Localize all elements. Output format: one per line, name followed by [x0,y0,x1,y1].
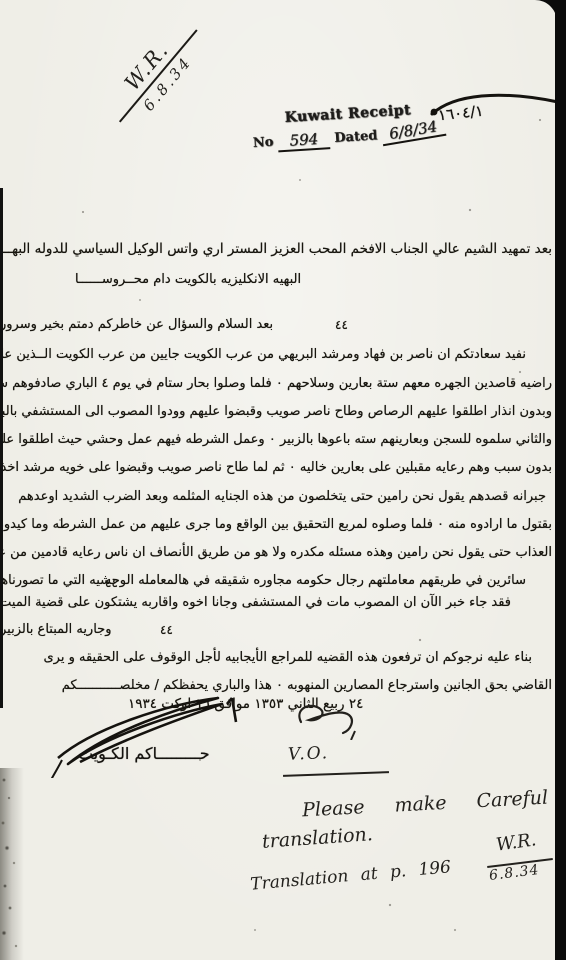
arabic-line-8: بدون سبب وهم رعايه مقبلين على بعارين خال… [0,460,552,475]
vo-initials: V.O. [288,743,330,764]
arabic-line-7: والثاني سلموه للسجن وبعارينهم سته باعوها… [0,432,552,447]
arabic-line-3: بعد السلام والسؤال عن خاطركم دمتم بخير و… [0,317,273,332]
arabic-line-12: سائرين في طريقهم معاملتهم رجال حكومه مجا… [0,573,526,588]
vo-underline [283,771,389,777]
note-translation-ref: Translation at p. 196 [250,857,452,894]
scan-edge-right [555,0,566,960]
arabic-line-9: جبرانه قصدهم يقول نحن رامين حتى يتخلصون … [18,489,546,504]
paragraph-mark: ٤٤ [105,576,118,590]
top-left-annotation: W.R. 6.8.34 [99,13,213,136]
arabic-line-11: العذاب حتى يقول نحن رامين وهذه مسئله مكد… [0,545,552,560]
right-initials: W.R. [495,829,538,855]
ruler-of-kuwait-title: حـــــــــاكم الكـويت [78,744,210,763]
paragraph-mark: ٤٤ [335,318,348,332]
note-please-make: Please make Careful [302,787,549,822]
arabic-line-13: فقد جاء خبر الآن ان المصوب مات في المستش… [0,595,511,610]
note-translation: translation. [261,823,373,853]
arabic-line-5: راضيه قاصدين الجهره معهم ستة بعارين وسلا… [0,376,552,391]
paragraph-mark: ٤٤ [160,623,173,637]
arabic-line-6: وبدون انذار اطلقوا عليهم الرصاص وطاح ناص… [0,404,552,419]
arabic-line-15: بناء عليه نرجوكم ان ترفعون هذه القضيه لل… [44,650,533,665]
signature-squiggle [293,700,365,740]
document-page: W.R. 6.8.34 ١٦٠٤/١ Kuwait Receipt No 594… [0,0,566,960]
scan-noise-bottom-left [0,768,30,960]
arabic-line-1: بعد تمهيد الشيم عالي الجناب الافخم المحب… [0,241,552,257]
arabic-line-2: البهيه الانكليزيه بالكويت دام محــروســـ… [75,272,301,287]
arabic-line-4: نفيد سعادتكم ان ناصر بن فهاد ومرشد البري… [0,347,526,362]
stamp-dated-value: 6/8/34 [380,116,446,146]
arabic-line-10: بقتول ما ارادوه منه ۰ فلما وصلوه لمربع ا… [0,517,552,532]
stamp-no-label: No [252,135,273,151]
kuwait-receipt-stamp: Kuwait Receipt No 594 Dated 6/8/34 [251,100,446,153]
stamp-dated-label: Dated [334,128,378,146]
arabic-line-14: وجاريه المبتاع بالزبير [0,622,111,637]
signature-flourish [48,688,243,778]
stamp-no-value: 594 [277,129,330,152]
scan-edge-left [0,188,3,708]
